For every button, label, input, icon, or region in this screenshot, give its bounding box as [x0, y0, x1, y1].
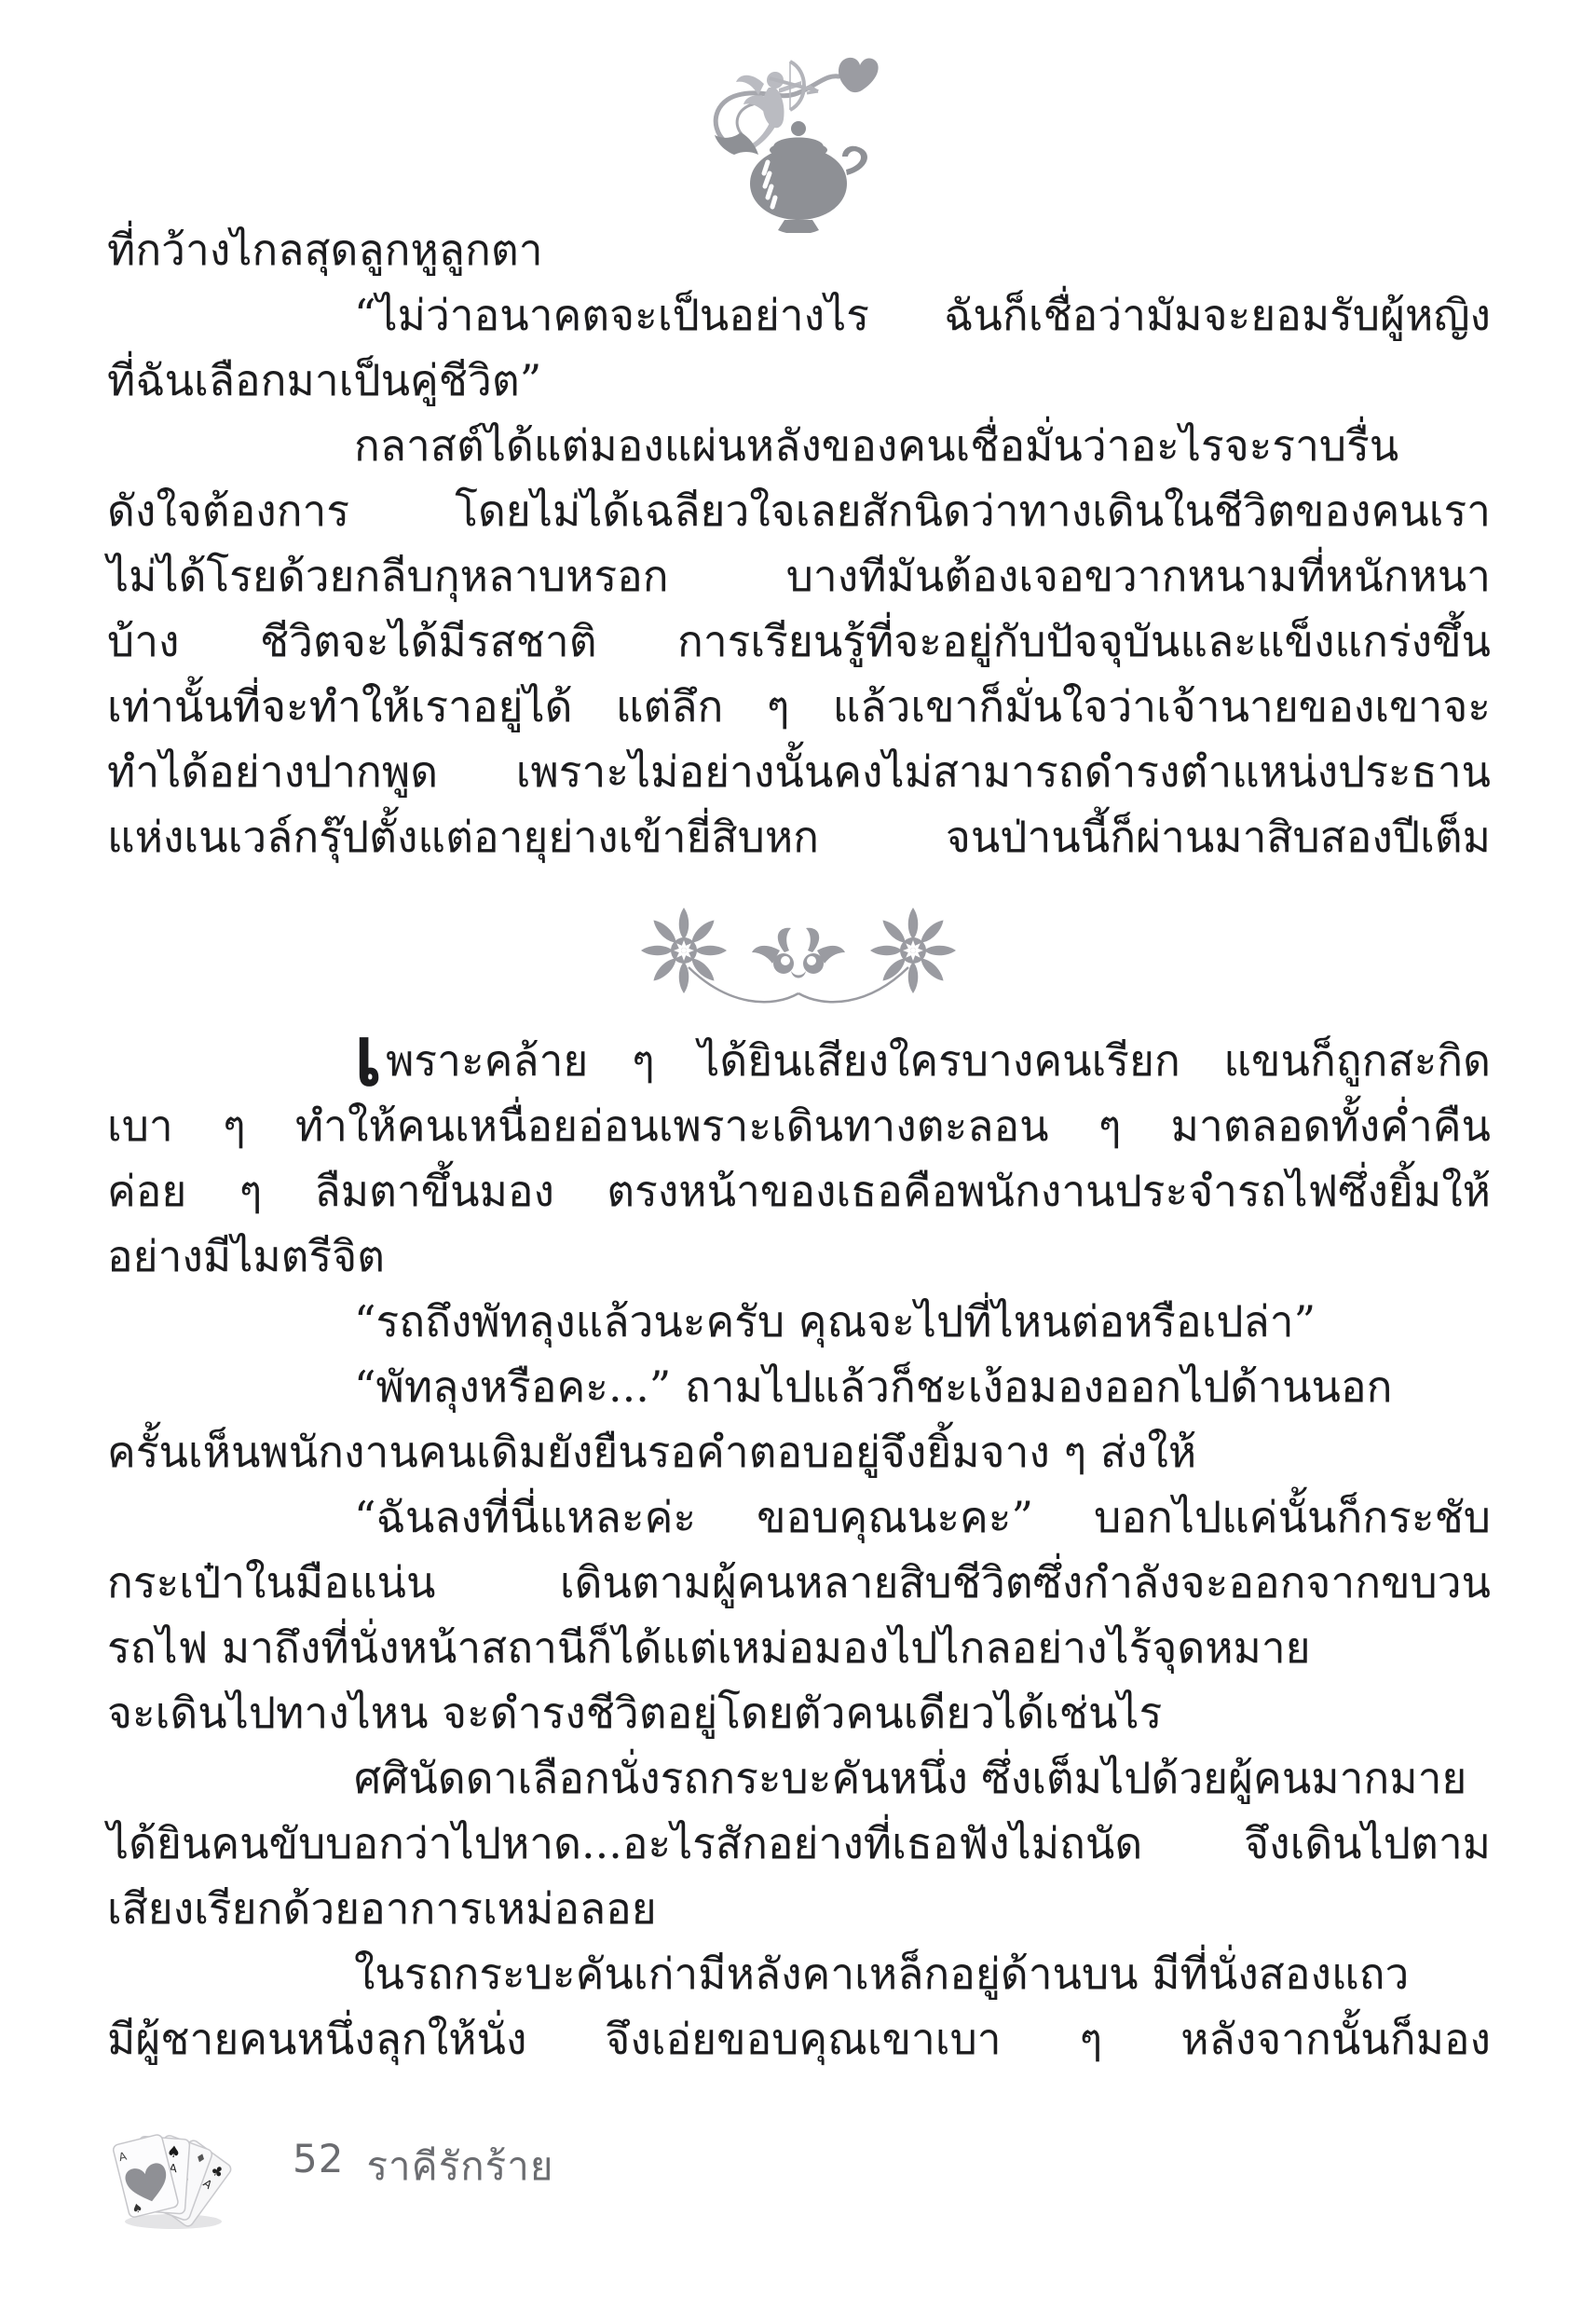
- playing-cards-icon: ♣ A ♦ ♠ A A ♠: [108, 2102, 266, 2233]
- text-line: รถไฟ มาถึงที่นั่งหน้าสถานีก็ได้แต่เหม่อม…: [107, 1615, 1491, 1680]
- text-line: ในรถกระบะคันเก่ามีหลังคาเหล็กอยู่ด้านบน …: [107, 1941, 1491, 2006]
- footer-text: 52 ราคีรักร้าย: [293, 2136, 553, 2197]
- text-line: เท่านั้นที่จะทำให้เราอยู่ได้ แต่ลึก ๆ แล…: [107, 674, 1491, 739]
- heart-icon: [839, 58, 879, 92]
- text-line: เบา ๆ ทำให้คนเหนื่อยอ่อนเพราะเดินทางตะลอ…: [107, 1093, 1491, 1158]
- text-line: “รถถึงพัทลุงแล้วนะครับ คุณจะไปที่ไหนต่อห…: [107, 1289, 1491, 1354]
- genie-lamp-cupid-ornament: [710, 47, 887, 233]
- scroll-motif-icon: [752, 928, 845, 978]
- text-run: พราะคล้าย ๆ ได้ยินเสียงใครบางคนเรียก แขน…: [386, 1035, 1491, 1086]
- magic-lamp-icon: [715, 121, 867, 233]
- header-ornament: [0, 47, 1596, 233]
- text-line: ค่อย ๆ ลืมตาขึ้นมอง ตรงหน้าของเธอคือพนัก…: [107, 1158, 1491, 1224]
- page-footer: ♣ A ♦ ♠ A A ♠ 52 ราคีรักร้าย: [108, 2102, 553, 2233]
- flower-burst-right-icon: [870, 908, 956, 993]
- flower-burst-left-icon: [641, 908, 727, 993]
- text-line: “ฉันลงที่นี่แหละค่ะ ขอบคุณนะคะ” บอกไปแค่…: [107, 1484, 1491, 1550]
- section-divider: [0, 902, 1596, 1009]
- swoosh-lines: [689, 967, 908, 1002]
- text-line: ดังใจต้องการ โดยไม่ได้เฉลียวใจเลยสักนิดว…: [107, 478, 1491, 543]
- text-line: ได้ยินคนขับบอกว่าไปหาด...อะไรสักอย่างที่…: [107, 1811, 1491, 1876]
- text-line: ที่ฉันเลือกมาเป็นคู่ชีวิต”: [107, 348, 1491, 413]
- book-page: ที่กว้างไกลสุดลูกหูลูกตา “ไม่ว่าอนาคตจะเ…: [0, 0, 1596, 2311]
- text-block-1: ที่กว้างไกลสุดลูกหูลูกตา “ไม่ว่าอนาคตจะเ…: [107, 217, 1491, 869]
- text-line: เพราะคล้าย ๆ ได้ยินเสียงใครบางคนเรียก แข…: [107, 1028, 1491, 1093]
- text-line: เสียงเรียกด้วยอาการเหม่อลอย: [107, 1876, 1491, 1941]
- drop-cap: เ: [354, 1007, 382, 1104]
- text-line: กระเป๋าในมือแน่น เดินตามผู้คนหลายสิบชีวิ…: [107, 1550, 1491, 1615]
- text-line: อย่างมีไมตรีจิต: [107, 1224, 1491, 1289]
- text-line: “พัทลุงหรือคะ...” ถามไปแล้วก็ชะเง้อมองออ…: [107, 1354, 1491, 1419]
- text-line: ไม่ได้โรยด้วยกลีบกุหลาบหรอก บางทีมันต้อง…: [107, 543, 1491, 609]
- text-block-2: เพราะคล้าย ๆ ได้ยินเสียงใครบางคนเรียก แข…: [107, 1028, 1491, 2072]
- text-line: กลาสต์ได้แต่มองแผ่นหลังของคนเชื่อมั่นว่า…: [107, 413, 1491, 478]
- text-line: ทำได้อย่างปากพูด เพราะไม่อย่างนั้นคงไม่ส…: [107, 739, 1491, 804]
- text-line: ครั้นเห็นพนักงานคนเดิมยังยืนรอคำตอบอยู่จ…: [107, 1419, 1491, 1484]
- text-line: บ้าง ชีวิตจะได้มีรสชาติ การเรียนรู้ที่จะ…: [107, 609, 1491, 674]
- floral-divider-icon: [631, 902, 966, 1009]
- text-line: ศศินัดดาเลือกนั่งรถกระบะคันหนึ่ง ซึ่งเต็…: [107, 1745, 1491, 1811]
- book-title: ราคีรักร้าย: [366, 2136, 553, 2197]
- text-line: จะเดินไปทางไหน จะดำรงชีวิตอยู่โดยตัวคนเด…: [107, 1680, 1491, 1745]
- text-line: “ไม่ว่าอนาคตจะเป็นอย่างไร ฉันก็เชื่อว่าม…: [107, 282, 1491, 348]
- spade-pip: ♠: [166, 2142, 182, 2162]
- text-line: แห่งเนเวล์กรุ๊ปตั้งแต่อายุย่างเข้ายี่สิบ…: [107, 804, 1491, 869]
- page-number: 52: [293, 2136, 344, 2197]
- text-line: ที่กว้างไกลสุดลูกหูลูกตา: [107, 217, 1491, 282]
- text-line: มีผู้ชายคนหนึ่งลุกให้นั่ง จึงเอ่ยขอบคุณเ…: [107, 2006, 1491, 2072]
